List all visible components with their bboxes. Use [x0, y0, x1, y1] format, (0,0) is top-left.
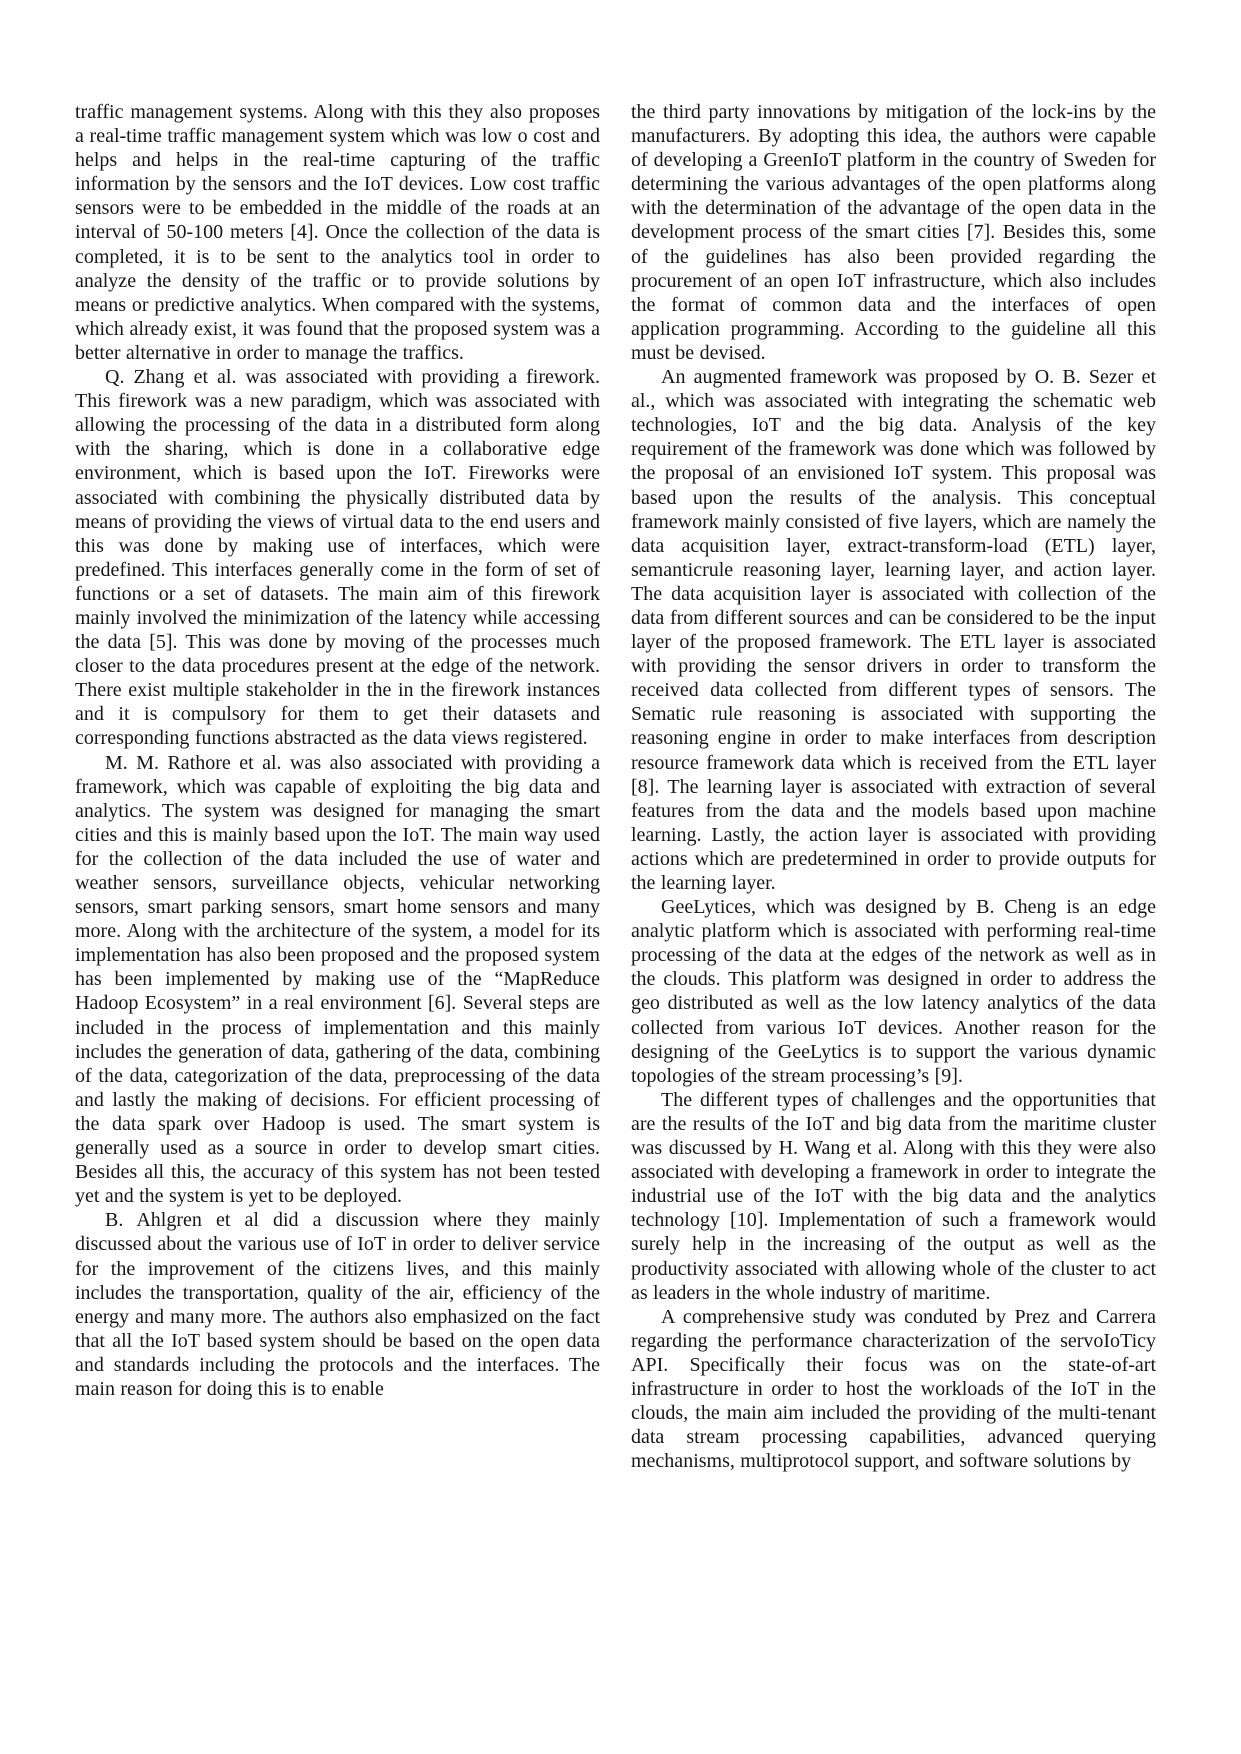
paragraph-third-party-greeniot: the third party innovations by mitigatio… — [631, 100, 1156, 365]
paper-page-body: traffic management systems. Along with t… — [75, 100, 1156, 1473]
paragraph-traffic-management: traffic management systems. Along with t… — [75, 100, 600, 365]
text-column-left: traffic management systems. Along with t… — [75, 100, 600, 1473]
paragraph-zhang-firework: Q. Zhang et al. was associated with prov… — [75, 365, 600, 751]
paragraph-prez-carrera-servoioticy: A comprehensive study was conduted by Pr… — [631, 1305, 1156, 1474]
paragraph-ahlgren-discussion: B. Ahlgren et al did a discussion where … — [75, 1208, 600, 1401]
paragraph-sezer-augmented-framework: An augmented framework was proposed by O… — [631, 365, 1156, 895]
paragraph-wang-maritime: The different types of challenges and th… — [631, 1088, 1156, 1305]
text-column-right: the third party innovations by mitigatio… — [631, 100, 1156, 1473]
paragraph-geelytics-cheng: GeeLytices, which was designed by B. Che… — [631, 895, 1156, 1088]
paragraph-rathore-framework: M. M. Rathore et al. was also associated… — [75, 751, 600, 1209]
